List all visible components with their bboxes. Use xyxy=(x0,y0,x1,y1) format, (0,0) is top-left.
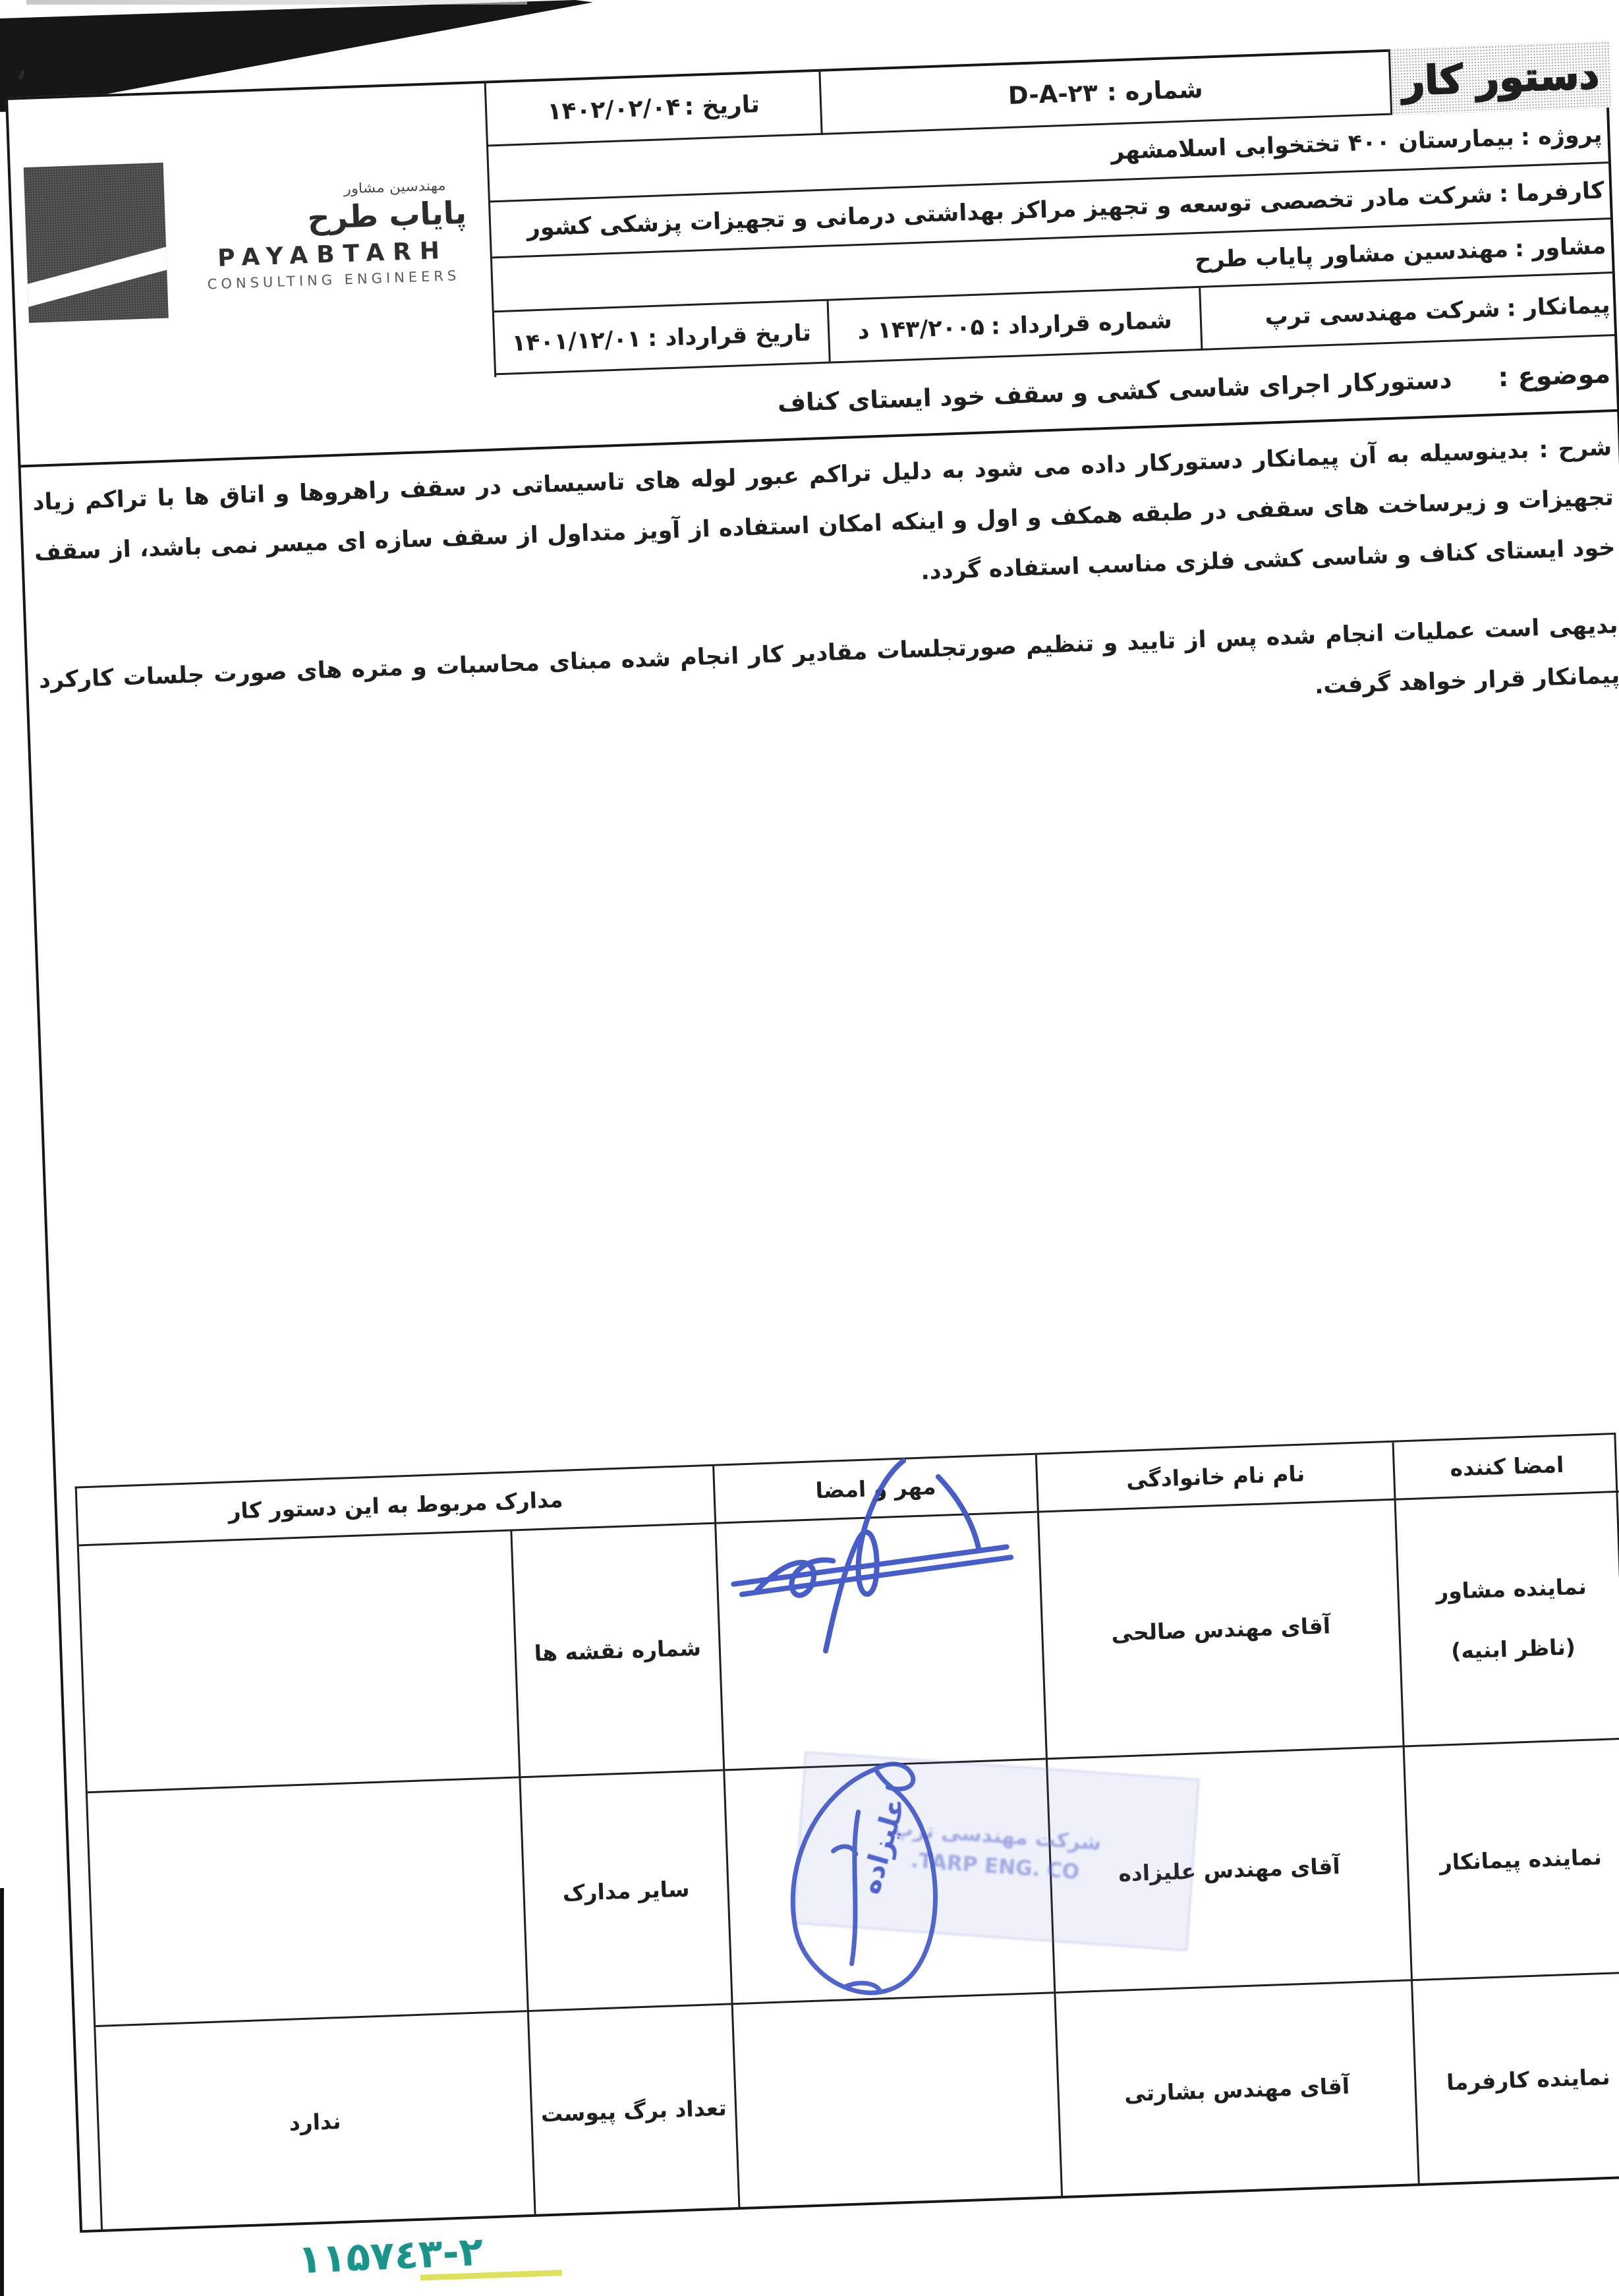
contract-date-value: ۱۴۰۱/۱۲/۰۱ xyxy=(511,326,642,357)
description-label: شرح : xyxy=(1539,434,1612,463)
docs-cell: سایر مدارک xyxy=(519,1769,731,2011)
contractor-stamp: شرکت مهندسی ترپ TARP ENG. CO. xyxy=(793,1752,1199,1951)
signer-cell: نماینده مشاور (ناظر ابنیه) xyxy=(1394,1491,1619,1746)
date-label: تاریخ : xyxy=(684,91,760,121)
seal-cell xyxy=(714,1511,1046,1769)
docs-cell: شماره نقشه ها xyxy=(510,1522,723,1777)
signer-cell: نماینده کارفرما xyxy=(1411,1971,1619,2186)
contract-number-cell: شماره قرارداد : ۱۴۳/۲۰۰۵ د xyxy=(827,288,1203,364)
description-text-1: بدینوسیله به آن پیمانکار دستورکار داده م… xyxy=(32,438,1616,585)
date-value: ۱۴۰۲/۰۲/۰۴ xyxy=(547,94,681,125)
logo-swoosh xyxy=(23,241,168,308)
form-title-cell: دستور کار xyxy=(1388,42,1611,115)
signature-table: مدارک مربوط به این دستور کار مهر و امضا … xyxy=(75,1433,1619,2232)
consultant-label: مشاور : xyxy=(1514,233,1606,262)
name-cell: آقای مهندس صالحی xyxy=(1037,1499,1403,1758)
description-block: شرح : بدینوسیله به آن پیمانکار دستورکار … xyxy=(18,412,1619,757)
description-paragraph-2: بدیهی است عملیات انجام شده پس از تایید و… xyxy=(38,600,1619,756)
name-cell: آقای مهندس بشارتی xyxy=(1054,1979,1418,2198)
signer-cell: نماینده پیمانکار xyxy=(1403,1738,1619,1980)
docs-note-cell: ندارد xyxy=(96,2010,534,2232)
project-label: پروژه : xyxy=(1520,121,1603,150)
subject-label: موضوع : xyxy=(1498,359,1611,393)
header-block: مهندسین مشاور پایاب طرح PAYABTARH CONSUL… xyxy=(5,42,1617,394)
contractor-value: شرکت مهندسی ترپ xyxy=(1264,296,1500,330)
signer-role: نماینده مشاور xyxy=(1435,1574,1587,1605)
contract-date-label: تاریخ قرارداد : xyxy=(647,320,811,352)
docs-note-cell xyxy=(88,1776,527,2025)
subject-value: دستورکار اجرای شاسی کشی و سقف خود ایستای… xyxy=(777,365,1452,417)
docs-note-cell xyxy=(79,1530,519,1792)
signer-role-note: (ناظر ابنیه) xyxy=(1451,1634,1576,1664)
client-label: کارفرما : xyxy=(1498,177,1605,208)
number-value: D-A-۲۳ xyxy=(1008,78,1098,110)
logo-en-name: PAYABTARH xyxy=(191,236,475,273)
docs-cell: تعداد برگ پیوست xyxy=(527,2003,739,2217)
contract-number-value: ۱۴۳/۲۰۰۵ د xyxy=(857,314,985,345)
seal-cell xyxy=(731,1992,1062,2210)
logo-fa-name: پایاب طرح xyxy=(189,194,474,241)
number-label: شماره : xyxy=(1106,74,1203,106)
contractor-label: پیمانکار : xyxy=(1506,292,1610,322)
handwritten-archive-number: ۱۱۵۷٤۳-۲ xyxy=(297,2229,484,2283)
stamp-line-2: TARP ENG. CO. xyxy=(910,1849,1080,1884)
scan-edge-line xyxy=(0,1888,4,2296)
contract-date-cell: تاریخ قرارداد : ۱۴۰۱/۱۲/۰۱ xyxy=(494,301,829,376)
document-page: مهندسین مشاور پایاب طرح PAYABTARH CONSUL… xyxy=(5,42,1619,2233)
col-header-signer: امضا کننده xyxy=(1392,1435,1619,1499)
consultant-logo: مهندسین مشاور پایاب طرح PAYABTARH CONSUL… xyxy=(5,81,494,394)
project-value: بیمارستان ۴۰۰ تختخوابی اسلامشهر xyxy=(1110,125,1514,165)
scan-smear xyxy=(26,0,527,5)
payabtarh-logo-mark xyxy=(23,163,168,323)
form-date-cell: تاریخ : ۱۴۰۲/۰۲/۰۴ xyxy=(486,69,821,147)
form-title: دستور کار xyxy=(1402,52,1601,105)
consultant-value: مهندسین مشاور پایاب طرح xyxy=(1194,236,1508,273)
contract-number-label: شماره قرارداد : xyxy=(990,307,1172,340)
